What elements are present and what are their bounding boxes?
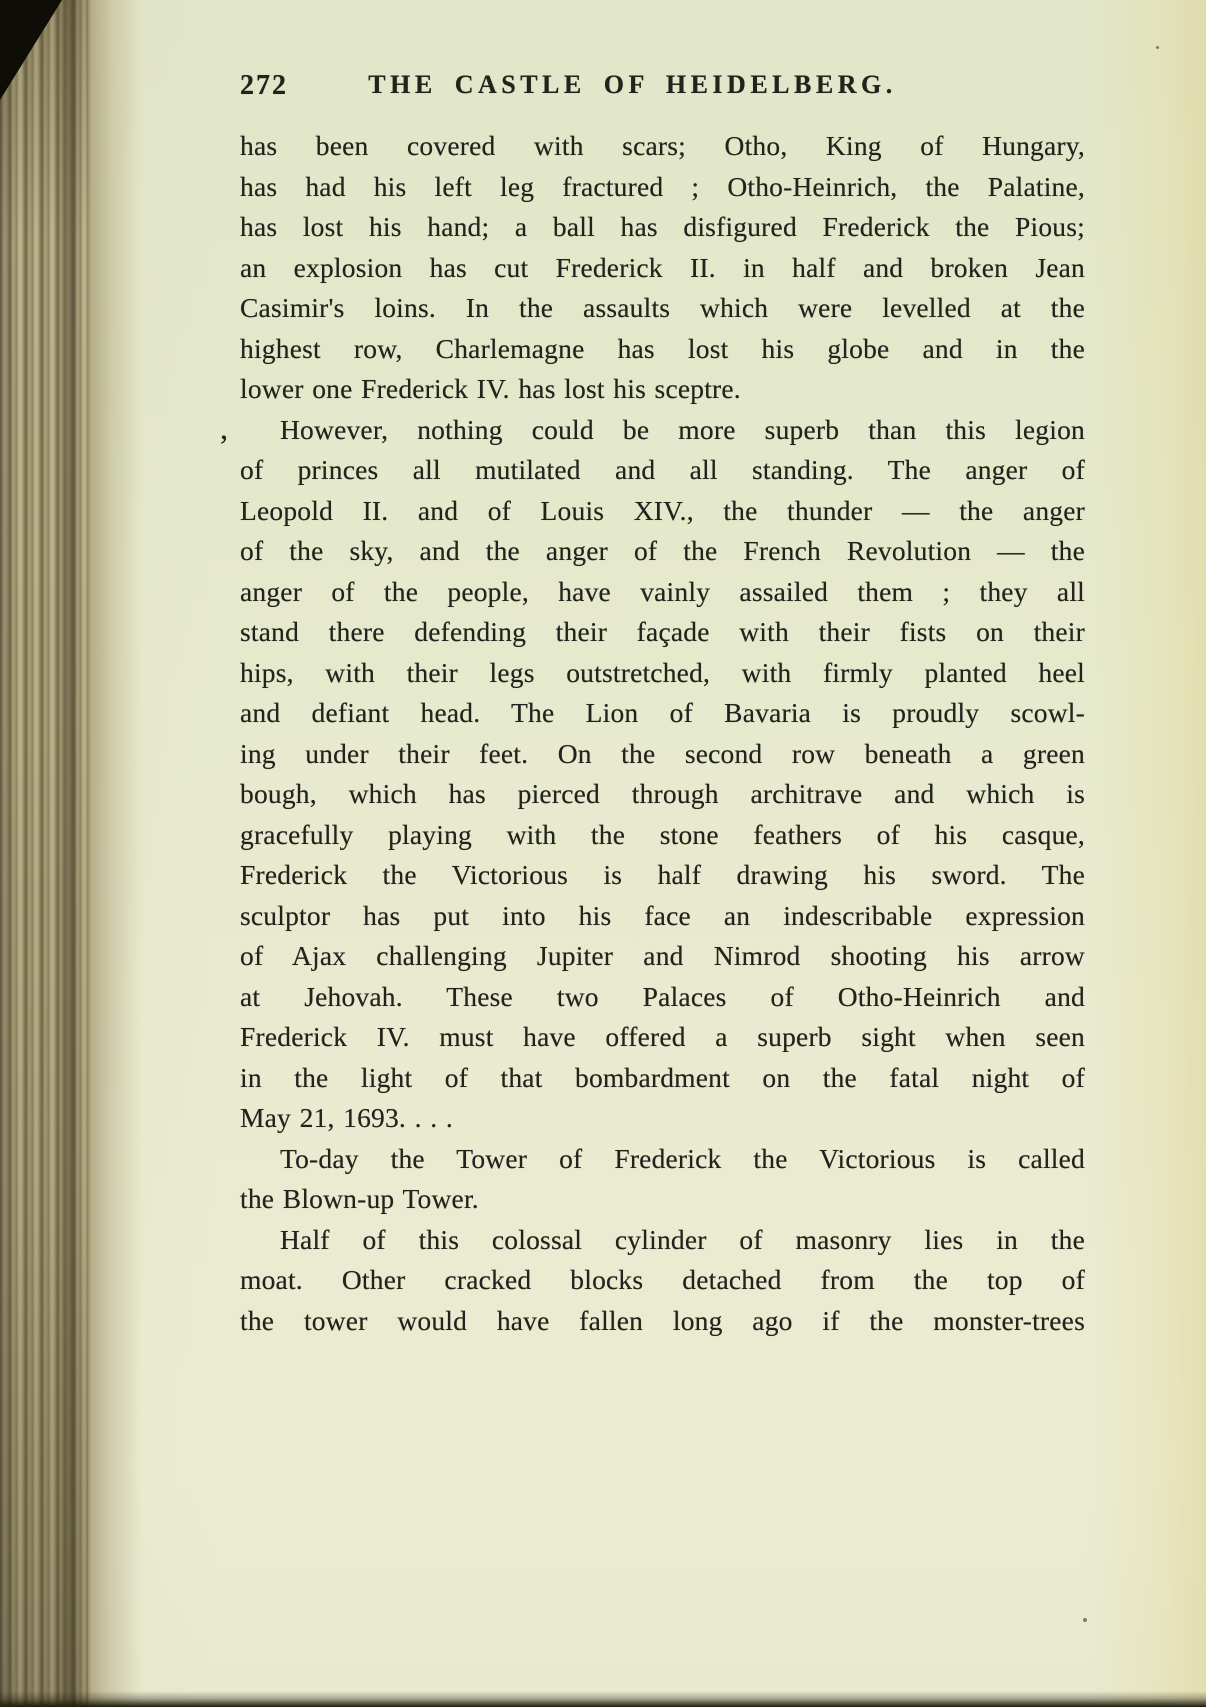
- text-line: ing under their feet. On the second row …: [240, 734, 1085, 775]
- text-line: Casimir's loins. In the assaults which w…: [240, 288, 1085, 329]
- text-line: an explosion has cut Frederick II. in ha…: [240, 248, 1085, 289]
- running-title: THE CASTLE OF HEIDELBERG.: [210, 70, 1055, 100]
- page-content: 272 THE CASTLE OF HEIDELBERG. , has been…: [0, 0, 1206, 1707]
- scanned-book-page: 272 THE CASTLE OF HEIDELBERG. , has been…: [0, 0, 1206, 1707]
- text-line: of Ajax challenging Jupiter and Nimrod s…: [240, 936, 1085, 977]
- text-line: stand there defending their façade with …: [240, 612, 1085, 653]
- text-line: the tower would have fallen long ago if …: [240, 1301, 1085, 1342]
- text-line: To-day the Tower of Frederick the Victor…: [240, 1139, 1085, 1180]
- text-line: has been covered with scars; Otho, King …: [240, 126, 1085, 167]
- text-line: at Jehovah. These two Palaces of Otho-He…: [240, 977, 1085, 1018]
- body-text: , has been covered with scars; Otho, Kin…: [240, 126, 1085, 1341]
- text-line: gracefully playing with the stone feathe…: [240, 815, 1085, 856]
- text-line: Frederick IV. must have offered a superb…: [240, 1017, 1085, 1058]
- text-line: lower one Frederick IV. has lost his sce…: [240, 369, 1085, 410]
- text-line: anger of the people, have vainly assaile…: [240, 572, 1085, 613]
- text-line: in the light of that bombardment on the …: [240, 1058, 1085, 1099]
- text-line: bough, which has pierced through architr…: [240, 774, 1085, 815]
- text-line: sculptor has put into his face an indesc…: [240, 896, 1085, 937]
- text-line: and defiant head. The Lion of Bavaria is…: [240, 693, 1085, 734]
- text-line: hips, with their legs outstretched, with…: [240, 653, 1085, 694]
- text-line: May 21, 1693. . . .: [240, 1098, 1085, 1139]
- stray-ink-mark: ,: [220, 412, 228, 444]
- text-line: However, nothing could be more superb th…: [240, 410, 1085, 451]
- text-line: the Blown-up Tower.: [240, 1179, 1085, 1220]
- text-line: highest row, Charlemagne has lost his gl…: [240, 329, 1085, 370]
- text-line: of the sky, and the anger of the French …: [240, 531, 1085, 572]
- text-line: moat. Other cracked blocks detached from…: [240, 1260, 1085, 1301]
- text-line: Frederick the Victorious is half drawing…: [240, 855, 1085, 896]
- text-line: has had his left leg fractured ; Otho-He…: [240, 167, 1085, 208]
- text-line: of princes all mutilated and all standin…: [240, 450, 1085, 491]
- text-line: has lost his hand; a ball has disfigured…: [240, 207, 1085, 248]
- text-line: Leopold II. and of Louis XIV., the thund…: [240, 491, 1085, 532]
- text-line: Half of this colossal cylinder of masonr…: [240, 1220, 1085, 1261]
- page-header: 272 THE CASTLE OF HEIDELBERG.: [240, 70, 1085, 108]
